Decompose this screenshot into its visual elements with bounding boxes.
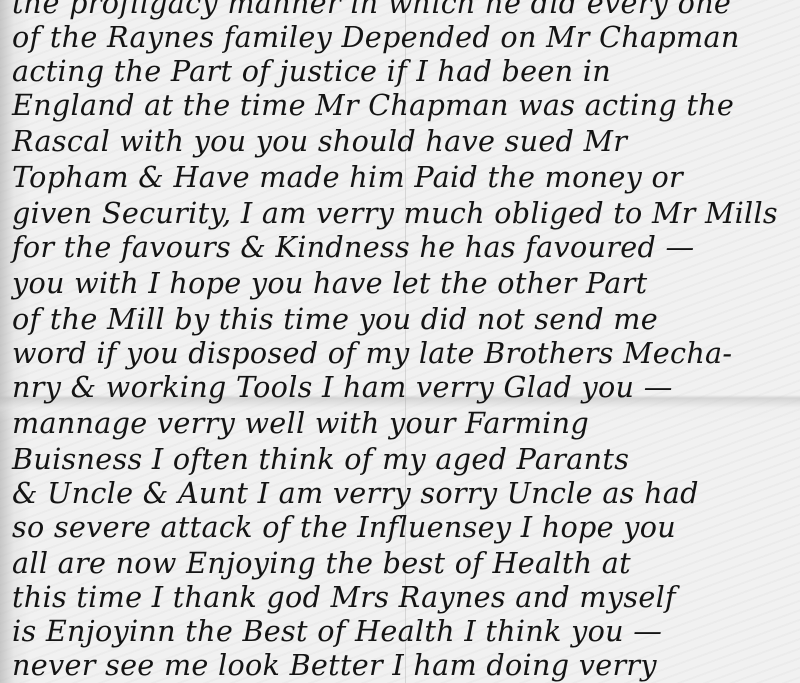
letter-line-3: acting the Part of justice if I had been…	[12, 54, 792, 88]
letter-line-14: Buisness I often think of my aged Parant…	[12, 442, 792, 476]
letter-line-17: all are now Enjoying the best of Health …	[12, 546, 792, 580]
letter-line-11: word if you disposed of my late Brothers…	[12, 336, 792, 370]
letter-line-19: is Enjoyinn the Best of Health I think y…	[12, 614, 792, 648]
letter-line-20: never see me look Better I ham doing ver…	[12, 648, 792, 682]
letter-line-15: & Uncle & Aunt I am verry sorry Uncle as…	[12, 476, 792, 510]
letter-line-9: you with I hope you have let the other P…	[12, 266, 792, 300]
letter-line-5: Rascal with you you should have sued Mr	[12, 124, 792, 158]
letter-line-18: this time I thank god Mrs Raynes and mys…	[12, 580, 792, 614]
letter-line-13: mannage verry well with your Farming	[12, 406, 792, 440]
letter-line-6: Topham & Have made him Paid the money or	[12, 160, 792, 194]
letter-line-16: so severe attack of the Influensey I hop…	[12, 510, 792, 544]
letter-line-8: for the favours & Kindness he has favour…	[12, 230, 792, 264]
letter-line-7: given Security, I am verry much obliged …	[12, 196, 792, 230]
letter-line-10: of the Mill by this time you did not sen…	[12, 302, 792, 336]
letter-line-12: nry & working Tools I ham verry Glad you…	[12, 370, 792, 404]
letter-line-1: the profligacy manner in which he did ev…	[12, 0, 792, 20]
letter-line-4: England at the time Mr Chapman was actin…	[12, 88, 792, 122]
letter-line-2: of the Raynes familey Depended on Mr Cha…	[12, 20, 792, 54]
letter-page: the profligacy manner in which he did ev…	[0, 0, 800, 683]
